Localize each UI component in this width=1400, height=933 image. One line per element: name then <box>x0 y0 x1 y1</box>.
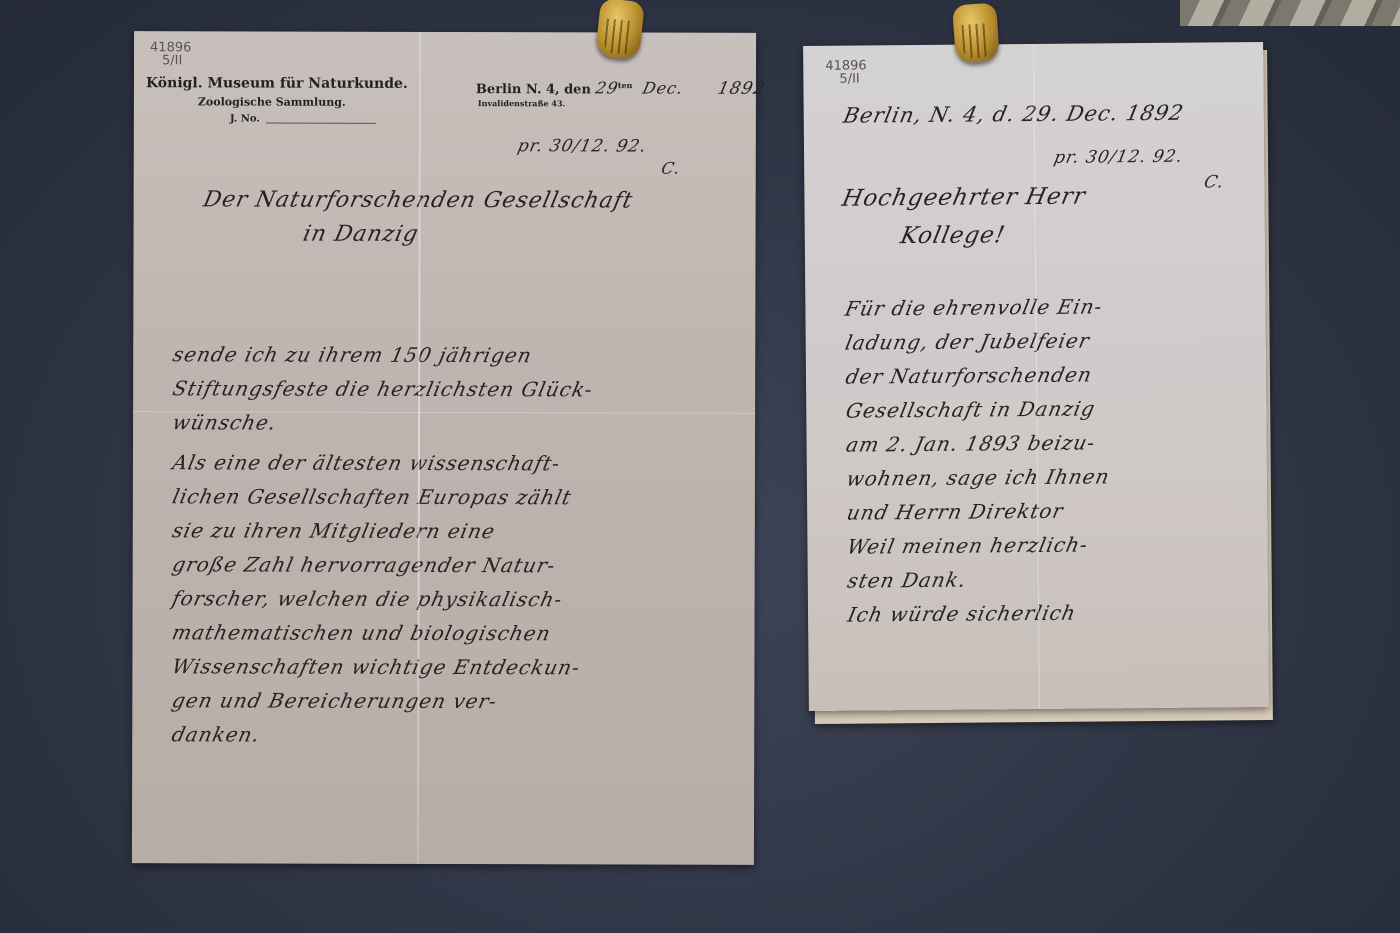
letterhead-department: Zoologische Sammlung. <box>198 95 346 108</box>
body-line: der Naturforschenden <box>843 357 1113 393</box>
body-line: sten Dank. <box>844 561 1114 597</box>
body-line: wünsche. <box>169 405 596 440</box>
letter-right-sheet: 41896 5/II Berlin, N. 4, d. 29. Dec. 189… <box>803 42 1269 711</box>
journal-no-line <box>266 123 376 124</box>
place-date-line: Berlin N. 4, den 29ten Dec. 1892 <box>476 78 765 99</box>
body-line: lichen Gesellschaften Europas zählt <box>169 479 596 514</box>
body-line: Ich würde sicherlich <box>845 595 1115 631</box>
address-line-2: in Danzig <box>301 222 421 247</box>
body-line: Für die ehrenvolle Ein- <box>842 289 1112 325</box>
letterhead-journal-no: J. No. <box>230 113 376 124</box>
date-month: Dec. <box>641 79 685 98</box>
place-date: Berlin, N. 4, d. 29. Dec. 1892 <box>841 101 1186 128</box>
received-initial: C. <box>660 159 683 178</box>
letter-left-sheet: 41896 5/II Königl. Museum für Naturkunde… <box>132 31 756 865</box>
letterhead-institution: Königl. Museum für Naturkunde. <box>146 75 408 92</box>
body-line: ladung, der Jubelfeier <box>842 323 1112 359</box>
date-day: 29 <box>593 78 619 97</box>
body-line: Weil meinen herzlich- <box>844 527 1114 563</box>
body-line: Wissenschaften wichtige Entdeckun- <box>169 649 596 684</box>
archive-subnumber: 5/II <box>150 54 191 67</box>
address-line-1: Der Naturforschenden Gesellschaft <box>201 187 635 213</box>
body-line: am 2. Jan. 1893 beizu- <box>843 425 1113 461</box>
body-line: sende ich zu ihrem 150 jährigen <box>170 337 597 372</box>
archive-subnumber: 5/II <box>825 72 866 85</box>
body-line: mathematischen und biologischen <box>169 615 596 650</box>
date-year: 1892 <box>716 79 768 99</box>
body-line: und Herrn Direktor <box>844 493 1114 529</box>
salutation-line-1: Hochgeehrter Herr <box>840 184 1088 212</box>
letter-body: sende ich zu ihrem 150 jährigen Stiftung… <box>172 337 593 752</box>
body-line: große Zahl hervorragender Natur- <box>169 547 596 582</box>
body-line: danken. <box>169 717 596 752</box>
body-line: Gesellschaft in Danzig <box>843 391 1113 427</box>
body-line: forscher, welchen die physikalisch- <box>169 581 596 616</box>
brass-hand-clip-icon <box>952 3 1000 64</box>
body-line: gen und Bereicherungen ver- <box>169 683 596 718</box>
body-line: Als eine der ältesten wissenschaft- <box>169 445 596 480</box>
street-address: Invalidenstraße 43. <box>478 98 565 108</box>
received-initial: C. <box>1202 172 1226 192</box>
background-blinds <box>1180 0 1400 26</box>
body-line: Stiftungsfeste die herzlichsten Glück- <box>169 371 596 406</box>
journal-no-label: J. No. <box>230 113 260 124</box>
archive-mark: 41896 5/II <box>825 59 867 85</box>
archive-mark: 41896 5/II <box>150 41 191 67</box>
body-line: sie zu ihren Mitgliedern eine <box>169 513 596 548</box>
date-day-suffix: ten <box>618 80 633 90</box>
received-note: pr. 30/12. 92. <box>516 136 649 156</box>
received-note: pr. 30/12. 92. <box>1052 147 1185 168</box>
letter-body: Für die ehrenvolle Ein- ladung, der Jube… <box>845 289 1111 631</box>
body-line: wohnen, sage ich Ihnen <box>843 459 1113 495</box>
salutation-line-2: Kollege! <box>898 222 1008 249</box>
printed-place: Berlin N. 4, den <box>476 82 591 97</box>
